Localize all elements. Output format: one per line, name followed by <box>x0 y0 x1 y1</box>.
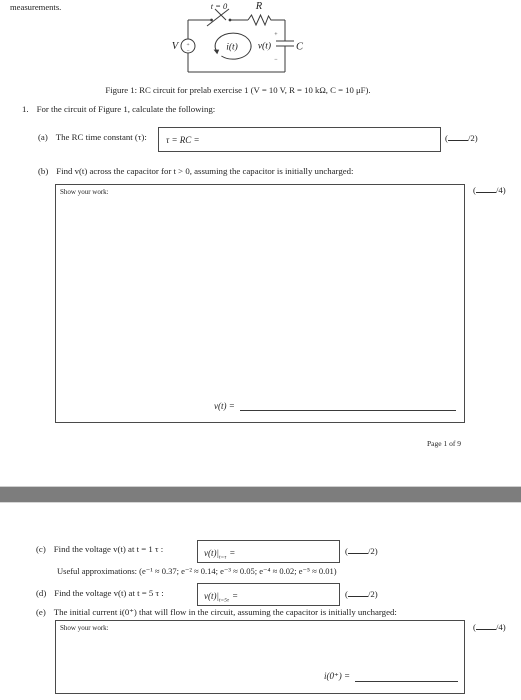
score-blank <box>448 132 468 141</box>
score-close: /2) <box>368 546 378 556</box>
part-d-label: (d) <box>36 588 46 599</box>
i0-answer-line[interactable]: i(0⁺) = <box>324 671 458 682</box>
current-arrowhead <box>214 50 220 55</box>
approximations-hint: Useful approximations: (e⁻¹ ≈ 0.37; e⁻² … <box>57 566 337 577</box>
capacitor-minus-sign: − <box>274 57 278 63</box>
part-c-label: (c) <box>36 544 46 555</box>
part-e-label: (e) <box>36 607 46 618</box>
answer-box-c-expression: v(t)|t=τ= <box>204 543 235 561</box>
figure-caption: Figure 1: RC circuit for prelab exercise… <box>22 85 454 95</box>
score-field-a: (/2) <box>445 132 478 143</box>
rc-circuit-figure: t = 0 R V + − i(t) v(t) + − C <box>165 0 315 82</box>
previous-page-fragment: measurements. <box>10 2 61 13</box>
score-close: /4) <box>496 622 506 632</box>
work-box-b[interactable]: Show your work: v(t) = <box>55 184 465 423</box>
score-blank <box>348 545 368 554</box>
resistor-symbol <box>248 15 285 25</box>
page-1: measurements. <box>0 0 521 486</box>
capacitor-voltage-label: v(t) <box>258 41 271 52</box>
part-b-label: (b) <box>38 166 48 177</box>
question-text: For the circuit of Figure 1, calculate t… <box>37 104 216 115</box>
page-divider <box>0 486 521 503</box>
switch-node <box>210 19 213 22</box>
pdf-document-view: measurements. <box>0 0 521 700</box>
vt-answer-label: v(t) = <box>214 401 235 411</box>
part-b-text: Find v(t) across the capacitor for t > 0… <box>56 166 353 177</box>
vt-answer-blank[interactable] <box>240 400 456 411</box>
part-b-prompt: (b) Find v(t) across the capacitor for t… <box>38 166 353 177</box>
question-number: 1. <box>22 104 29 115</box>
score-blank <box>476 184 496 193</box>
part-d-prompt: (d) Find the voltage v(t) at t = 5 τ : <box>36 588 164 599</box>
source-minus-sign: − <box>186 48 189 54</box>
score-close: /2) <box>368 589 378 599</box>
part-e-prompt: (e) The initial current i(0⁺) that will … <box>36 607 397 618</box>
part-a-text: The RC time constant (τ): <box>56 132 147 143</box>
expression-equals: = <box>229 548 235 558</box>
expression-equals: = <box>232 591 238 601</box>
i0-answer-blank[interactable] <box>355 671 458 682</box>
part-d-text: Find the voltage v(t) at t = 5 τ : <box>54 588 163 599</box>
score-close: /4) <box>496 185 506 195</box>
score-field-e: (/4) <box>473 621 506 632</box>
capacitor-plus-sign: + <box>274 32 278 38</box>
switch-time-label: t = 0 <box>211 1 228 11</box>
expression-main: v(t)| <box>204 591 219 601</box>
score-blank <box>476 621 496 630</box>
question-1: 1. For the circuit of Figure 1, calculat… <box>22 104 215 115</box>
current-label: i(t) <box>226 42 238 53</box>
answer-box-d-expression: v(t)|t=5τ= <box>204 586 238 604</box>
show-work-label: Show your work: <box>60 624 109 632</box>
capacitor-label: C <box>296 42 304 53</box>
part-a-label: (a) <box>38 132 48 143</box>
part-e-text: The initial current i(0⁺) that will flow… <box>54 607 397 618</box>
answer-box-a[interactable]: τ = RC = <box>158 127 441 152</box>
resistor-label: R <box>255 1 263 12</box>
expression-main: v(t)| <box>204 548 219 558</box>
answer-box-a-expression: τ = RC = <box>166 135 200 145</box>
expression-subscript: t=5τ <box>219 597 229 603</box>
part-c-prompt: (c) Find the voltage v(t) at t = 1 τ : <box>36 544 163 555</box>
show-work-label: Show your work: <box>60 188 109 196</box>
i0-answer-label: i(0⁺) = <box>324 671 350 682</box>
source-label: V <box>172 41 180 52</box>
score-blank <box>348 588 368 597</box>
switch-node <box>229 19 232 22</box>
score-close: /2) <box>468 133 478 143</box>
score-field-d: (/2) <box>345 588 378 599</box>
score-field-c: (/2) <box>345 545 378 556</box>
part-c-text: Find the voltage v(t) at t = 1 τ : <box>54 544 163 555</box>
answer-box-c[interactable]: v(t)|t=τ= <box>197 540 340 563</box>
page-number: Page 1 of 9 <box>427 439 461 448</box>
score-field-b: (/4) <box>473 184 506 195</box>
part-a-prompt: (a) The RC time constant (τ): <box>38 132 147 143</box>
work-box-e[interactable]: Show your work: i(0⁺) = <box>55 620 465 694</box>
expression-subscript: t=τ <box>219 554 226 560</box>
page-2: (c) Find the voltage v(t) at t = 1 τ : v… <box>0 503 521 700</box>
answer-box-d[interactable]: v(t)|t=5τ= <box>197 583 340 606</box>
vt-answer-line[interactable]: v(t) = <box>214 400 456 411</box>
